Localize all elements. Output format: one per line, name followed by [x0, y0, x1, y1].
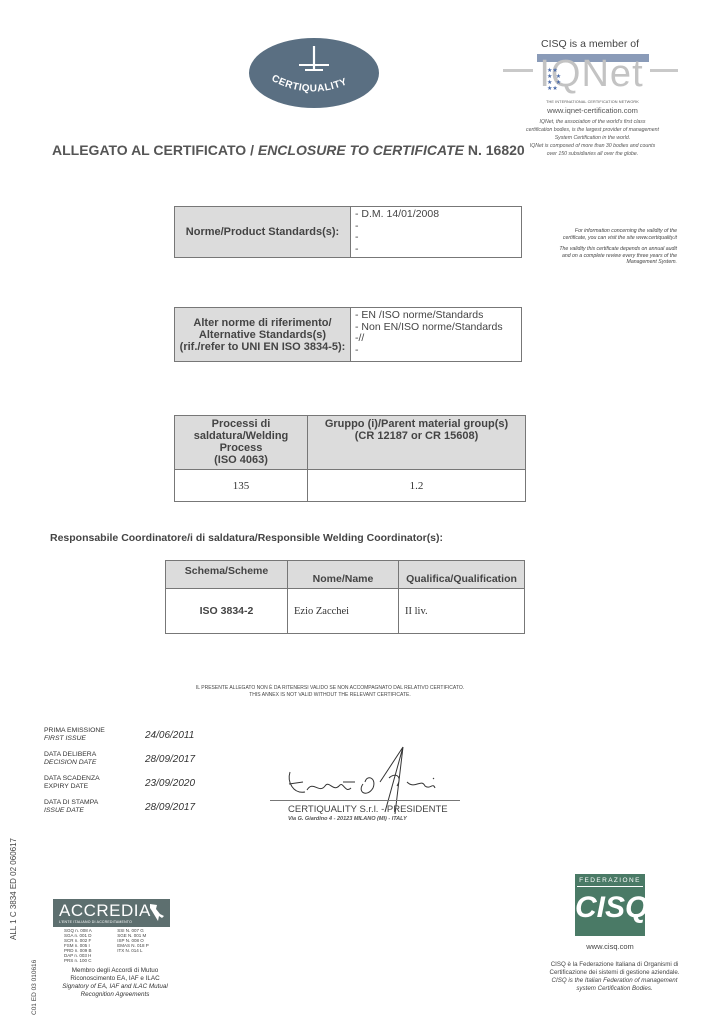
table-row: ISO 3834-2 Ezio Zacchei II liv. — [166, 589, 525, 634]
issue-date: 28/09/2017 — [145, 802, 195, 813]
iqnet-network-text: THE INTERNATIONAL CERTIFICATION NETWORK — [530, 100, 655, 104]
accredia-logo: ACCREDIA L'ENTE ITALIANO DI ACCREDITAMEN… — [53, 899, 170, 927]
first-issue-row: PRIMA EMISSIONEFIRST ISSUE 24/06/2011 — [44, 727, 224, 751]
signature-line — [270, 800, 460, 801]
document-title: ALLEGATO AL CERTIFICATO / ENCLOSURE TO C… — [52, 142, 525, 158]
alternative-standards-values: - EN /ISO norme/Standards - Non EN/ISO n… — [351, 308, 522, 362]
header-welding-process: Processi di saldatura/Welding Process (I… — [175, 416, 308, 470]
welding-process-value: 135 — [175, 470, 308, 502]
table-row: 135 1.2 — [175, 470, 526, 502]
scales-icon: CERTIQUALITY — [249, 38, 379, 108]
qualification-value: II liv. — [399, 589, 525, 634]
iqnet-dash-right — [650, 69, 678, 72]
product-standards-label: Norme/Product Standards(s): — [175, 207, 351, 258]
decision-date-row: DATA DELIBERADECISION DATE 28/09/2017 — [44, 751, 224, 775]
cisq-logo: FEDERAZIONE CISQ — [575, 874, 645, 936]
name-value: Ezio Zacchei — [288, 589, 399, 634]
dates-block: PRIMA EMISSIONEFIRST ISSUE 24/06/2011 DA… — [44, 727, 224, 823]
svg-text:CERTIQUALITY: CERTIQUALITY — [270, 73, 349, 95]
accreditation-codes: SGQ n. 008 ASGA n. 001 DSCR n. 002 F FSM… — [64, 928, 174, 963]
issue-date-row: DATA DI STAMPAISSUE DATE 28/09/2017 — [44, 799, 224, 823]
iqnet-description: IQNet, the association of the world's fi… — [500, 118, 685, 158]
validity-side-note: For information concerning the validity … — [555, 228, 677, 271]
header-parent-material-group: Gruppo (i)/Parent material group(s) (CR … — [308, 416, 526, 470]
coordinators-table: Schema/Scheme Nome/Name Qualifica/Qualif… — [165, 560, 525, 634]
header-scheme: Schema/Scheme — [166, 561, 288, 589]
alternative-standards-table: Alter norme di riferimento/ Alternative … — [174, 307, 522, 362]
decision-date: 28/09/2017 — [145, 754, 195, 765]
scheme-value: ISO 3834-2 — [166, 589, 288, 634]
coordinators-title: Responsabile Coordinatore/i di saldatura… — [50, 532, 443, 544]
welding-process-table: Processi di saldatura/Welding Process (I… — [174, 415, 526, 502]
expiry-date: 23/09/2020 — [145, 778, 195, 789]
first-issue-date: 24/06/2011 — [145, 730, 194, 741]
signatory-name: CERTIQUALITY S.r.l. - PRESIDENTE — [288, 804, 448, 815]
material-group-value: 1.2 — [308, 470, 526, 502]
header-qualification: Qualifica/Qualification — [399, 561, 525, 589]
italy-map-icon — [148, 902, 166, 924]
alternative-standards-label: Alter norme di riferimento/ Alternative … — [175, 308, 351, 362]
iqnet-dash-left — [503, 69, 533, 72]
iqnet-member-text: CISQ is a member of — [520, 38, 660, 50]
expiry-date-row: DATA SCADENZAEXPIRY DATE 23/09/2020 — [44, 775, 224, 799]
iqnet-url[interactable]: www.iqnet-certification.com — [525, 106, 660, 115]
certiquality-logo: CERTIQUALITY — [249, 38, 379, 108]
side-code-1: ALL 1 C 3834 ED 02 060617 — [6, 820, 20, 940]
accredia-text: Membro degli Accordi di Mutuo Riconoscim… — [50, 967, 180, 999]
signatory-address: Via G. Giardino 4 - 20123 MILANO (MI) - … — [288, 816, 407, 822]
cisq-text: CISQ è la Federazione Italiana di Organi… — [532, 961, 697, 993]
annex-validity-note: IL PRESENTE ALLEGATO NON È DA RITENERSI … — [140, 685, 520, 699]
eu-stars-icon: ★★★ ★★ ★★★ — [547, 68, 571, 92]
product-standards-table: Norme/Product Standards(s): - D.M. 14/01… — [174, 206, 522, 258]
product-standards-values: - D.M. 14/01/2008 - - - — [351, 207, 522, 258]
header-name: Nome/Name — [288, 561, 399, 589]
side-code-2: C01 ED 03 010616 — [26, 935, 38, 1015]
cisq-url[interactable]: www.cisq.com — [575, 942, 645, 951]
